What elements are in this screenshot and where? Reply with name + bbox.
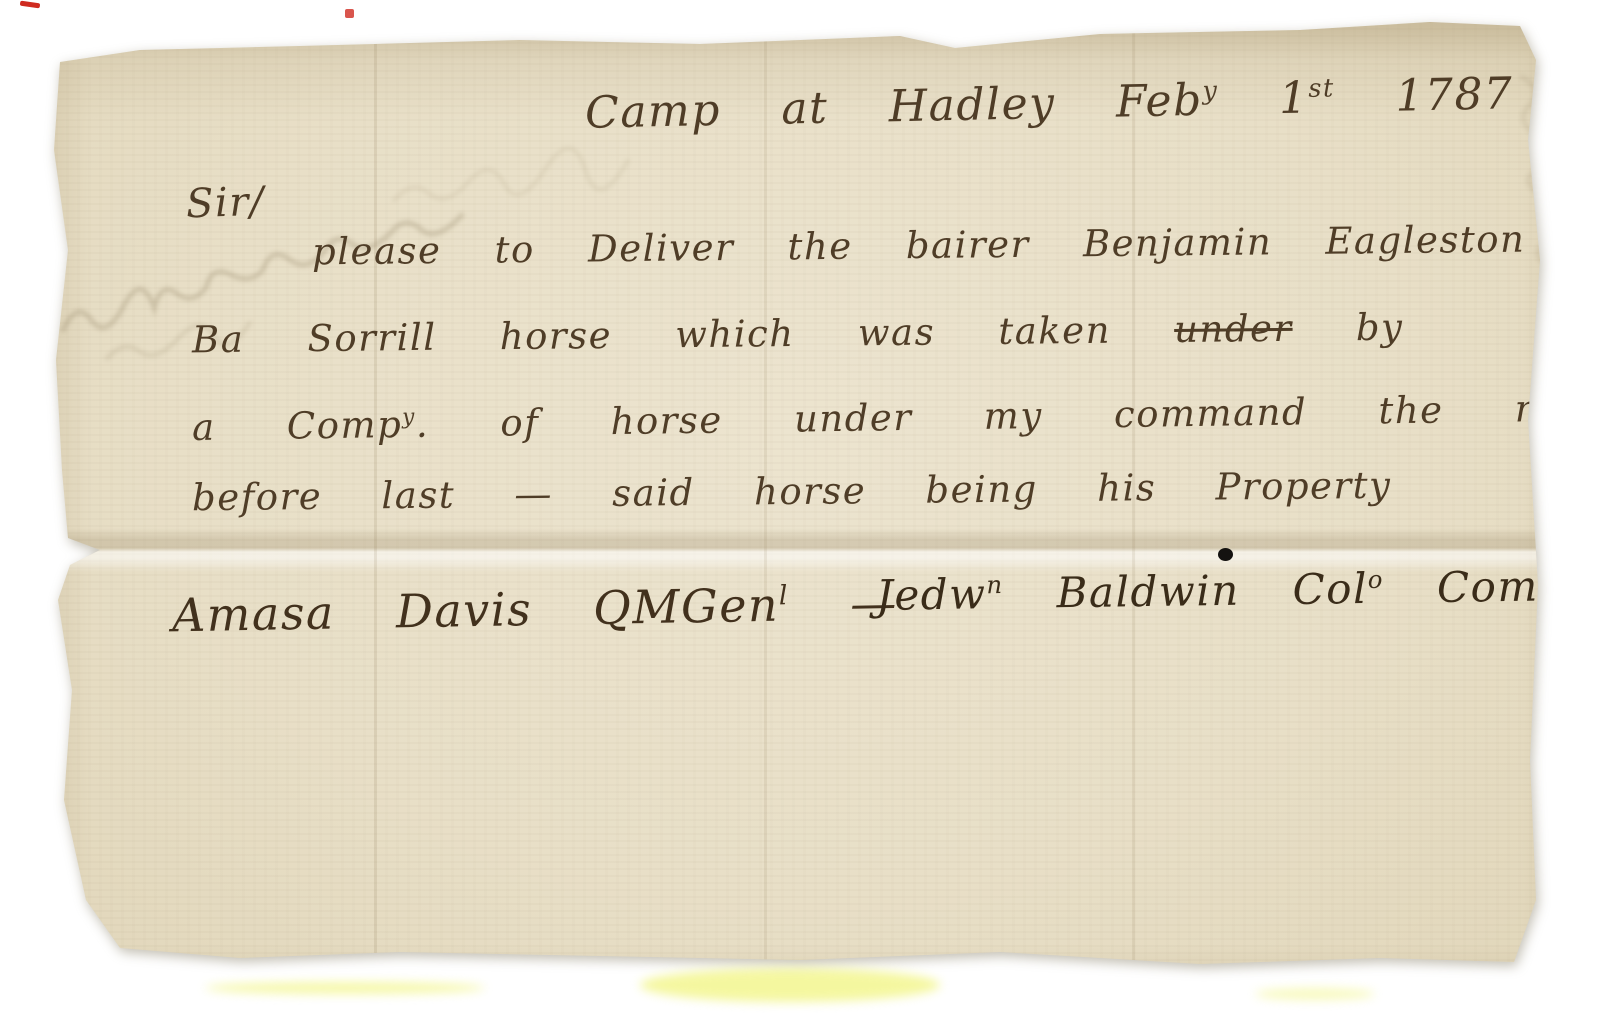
letter-sheet: Camp at Hadley Feby 1st 1787 Sir/ please… <box>0 0 1600 1024</box>
body-line-4: before last — said horse being his Prope… <box>192 464 1392 520</box>
salutation-line: Sir/ <box>185 179 265 228</box>
body-line-2: Ba Sorrill horse which was taken under b… <box>192 306 1404 362</box>
dateline-text-a: Camp at Hadley Feb <box>585 75 1204 139</box>
show-through-writing-top <box>378 128 743 233</box>
body-line-3-text-a: a Comp <box>192 403 403 449</box>
signature-right-text-a: Jedw <box>876 569 987 620</box>
scan-background: Camp at Hadley Feby 1st 1787 Sir/ please… <box>0 0 1600 1024</box>
red-mark <box>345 9 354 18</box>
body-line-2-text-b: by <box>1292 306 1403 350</box>
signature-left-text-a: Amasa Davis QMGen <box>172 578 780 643</box>
dateline-text-c: 1787 <box>1334 68 1513 123</box>
ink-blot <box>1218 548 1233 561</box>
body-line-3-text-b: . of horse under my command the night <box>416 386 1600 446</box>
dateline-sup-b: st <box>1308 73 1335 104</box>
body-line-1: please to Deliver the bairer Benjamin Ea… <box>312 218 1526 274</box>
paper-surface: Camp at Hadley Feby 1st 1787 Sir/ please… <box>0 0 1600 1024</box>
signature-right-sup-b: o <box>1368 565 1385 594</box>
highlight-smudge <box>640 968 940 1002</box>
dateline-text-b: 1 <box>1218 73 1309 126</box>
signature-right-sup-c: dt <box>1538 562 1567 591</box>
struck-word: under <box>1174 307 1293 351</box>
highlight-smudge <box>1255 988 1375 1000</box>
signature-jeduthan-baldwin: Jedwn Baldwin Colo Comdt <box>876 561 1568 620</box>
body-line-3: a Compy. of horse under my command the n… <box>192 386 1600 449</box>
signature-left-sup: l <box>779 580 790 611</box>
highlight-smudge <box>205 982 485 994</box>
signature-amasa-davis: Amasa Davis QMGenl — <box>172 576 899 643</box>
body-line-2-text-a: Ba Sorrill horse which was taken <box>192 308 1175 361</box>
signature-right-sup-a: n <box>986 570 1004 599</box>
body-line-3-sup: y <box>402 405 416 430</box>
signature-right-text-b: Baldwin Col <box>1003 564 1368 618</box>
dateline: Camp at Hadley Feby 1st 1787 <box>585 68 1514 138</box>
signature-right-text-c: Com <box>1384 562 1539 613</box>
dateline-sup-a: y <box>1202 76 1219 106</box>
